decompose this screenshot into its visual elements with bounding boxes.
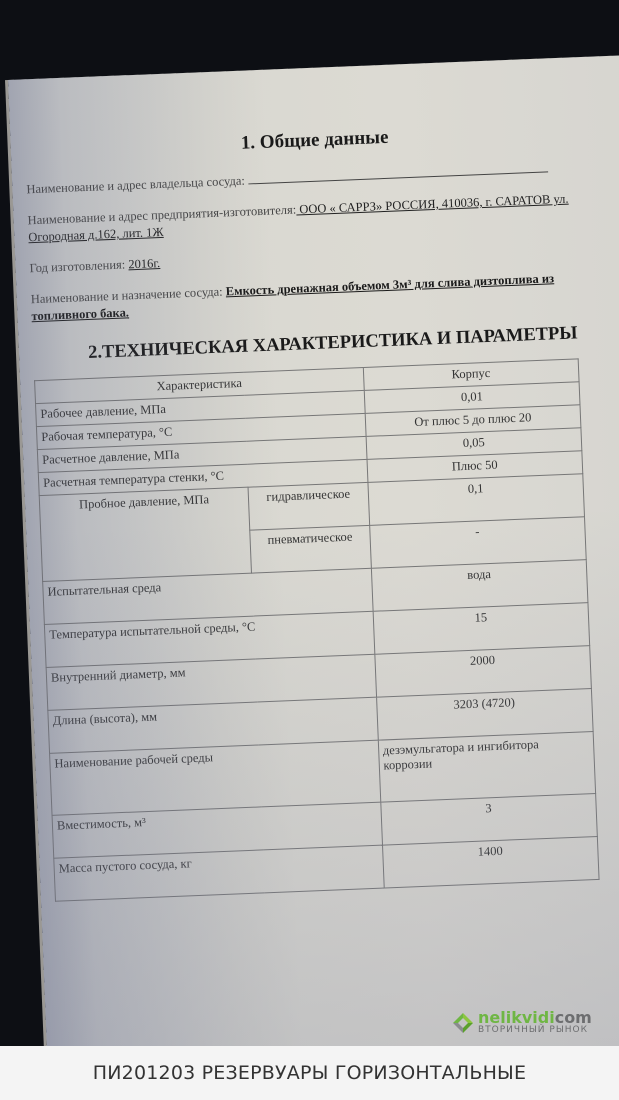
year-value: 2016г. [128,256,160,271]
spec-table: Характеристика Корпус Рабочее давление, … [34,358,600,901]
watermark-brand: nelikvidicom [478,1010,592,1026]
manufacturer-field: Наименование и адрес предприятия-изготов… [27,189,608,246]
year-label: Год изготовления: [29,257,125,275]
owner-label: Наименование и адрес владельца сосуда: [26,174,245,197]
owner-value-line [248,161,548,184]
watermark-tagline: ВТОРИЧНЫЙ РЫНОК [478,1026,592,1035]
document-photo: 1. Общие данные Наименование и адрес вла… [0,0,619,1046]
caption-bar: ПИ201203 РЕЗЕРВУАРЫ ГОРИЗОНТАЛЬНЫЕ [0,1046,619,1100]
paper-sheet: 1. Общие данные Наименование и адрес вла… [8,54,619,1046]
document-content: 1. Общие данные Наименование и адрес вла… [24,118,619,902]
vessel-field: Наименование и назначение сосуда: Емкост… [30,268,611,325]
vessel-label: Наименование и назначение сосуда: [31,285,223,307]
manufacturer-label: Наименование и адрес предприятия-изготов… [27,203,296,228]
listing-title: ПИ201203 РЕЗЕРВУАРЫ ГОРИЗОНТАЛЬНЫЕ [93,1062,526,1084]
pneumatic-label: пневматическое [250,525,371,573]
row-value: дезэмульгатора и ингибитора коррозии [378,732,596,803]
test-pressure-label: Пробное давление, МПа [39,487,251,581]
section2-title: 2.ТЕХНИЧЕСКАЯ ХАРАКТЕРИСТИКА И ПАРАМЕТРЫ [53,322,613,365]
nelikvidi-logo-icon [452,1012,474,1034]
section1-title: 1. Общие данные [24,118,604,163]
hydraulic-label: гидравлическое [248,482,369,530]
row-value: 1400 [382,836,599,888]
watermark-logo: nelikvidicom ВТОРИЧНЫЙ РЫНОК [452,1010,592,1035]
